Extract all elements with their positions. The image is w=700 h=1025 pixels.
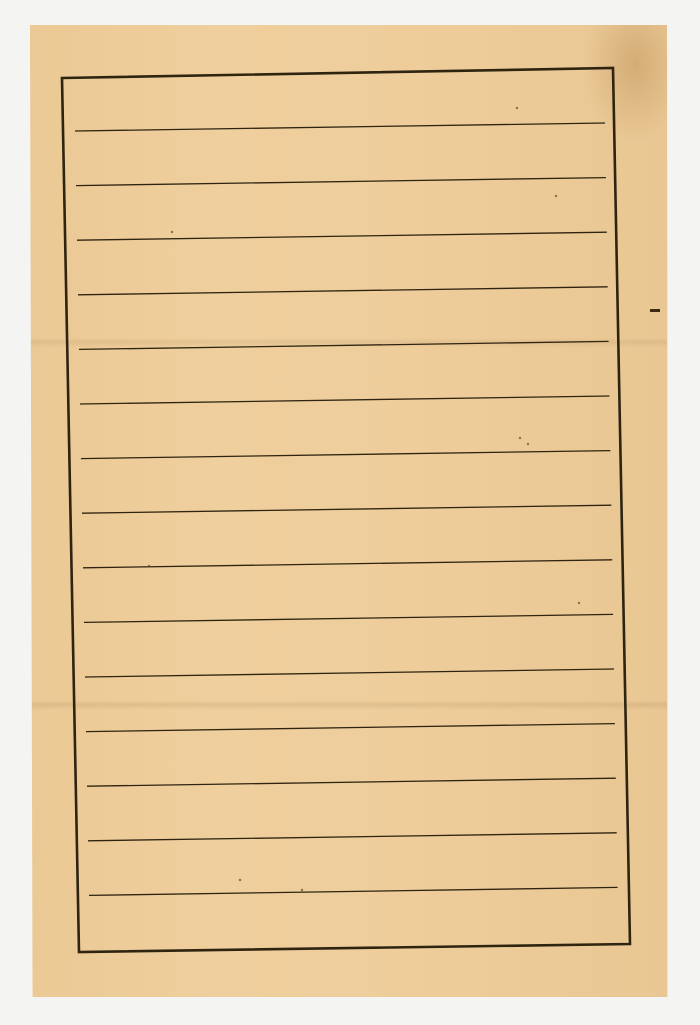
ruled-line: [83, 560, 612, 568]
ruled-line: [84, 614, 613, 622]
ruled-line: [78, 287, 608, 295]
ruled-line: [86, 724, 615, 732]
speck: [148, 565, 150, 567]
ruled-frame: [0, 0, 700, 1025]
ruled-line: [75, 123, 605, 131]
ruled-line: [89, 887, 618, 895]
paper-specks: [148, 107, 580, 891]
ruled-line: [76, 178, 606, 186]
speck: [171, 231, 173, 233]
speck: [516, 107, 518, 109]
scanned-page: [0, 0, 700, 1025]
edge-mark: [650, 309, 660, 312]
ruled-lines: [75, 123, 618, 895]
border-rectangle: [62, 68, 630, 952]
speck: [519, 437, 521, 439]
ruled-line: [87, 778, 616, 786]
speck: [301, 889, 303, 891]
ruled-line: [79, 341, 609, 349]
ruled-line: [88, 833, 617, 841]
border-frame: [62, 68, 630, 952]
ruled-line: [80, 396, 610, 404]
ruled-line: [77, 232, 607, 240]
speck: [555, 195, 557, 197]
ruled-line: [85, 669, 614, 677]
ruled-line: [82, 505, 611, 513]
speck: [527, 443, 529, 445]
speck: [578, 602, 580, 604]
ruled-line: [81, 451, 610, 459]
speck: [239, 879, 241, 881]
